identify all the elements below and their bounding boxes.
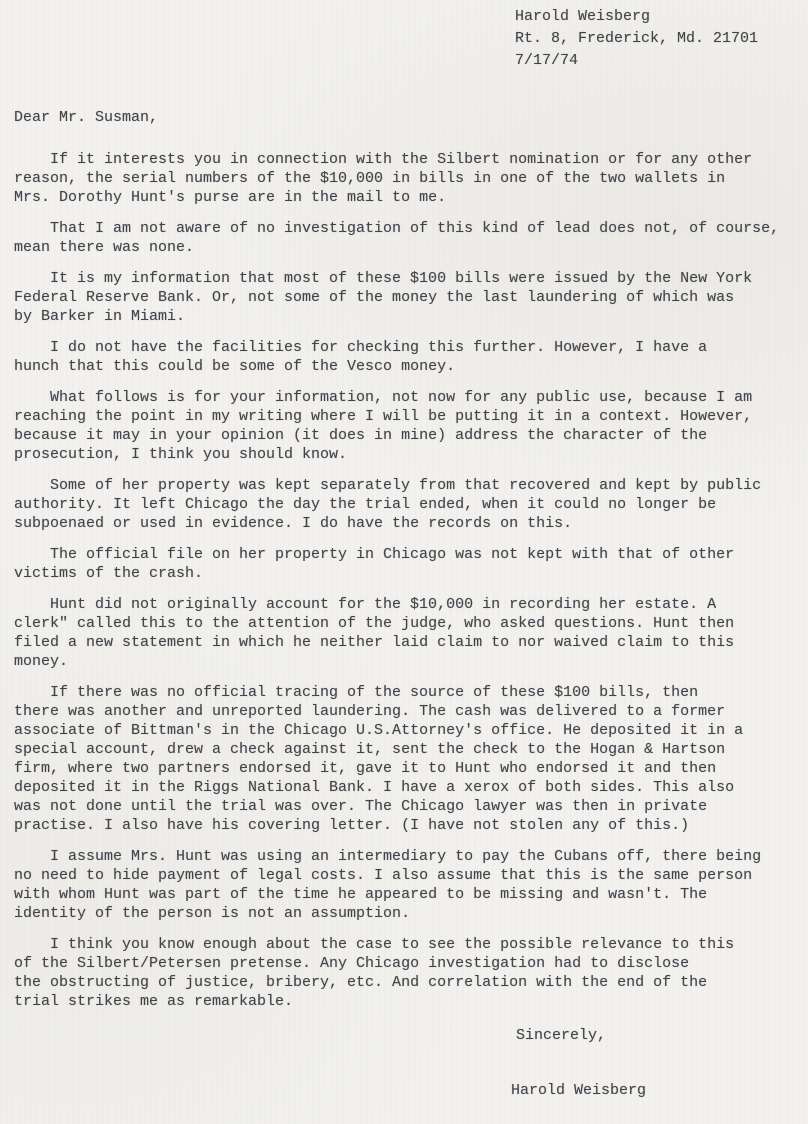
sender-name: Harold Weisberg bbox=[515, 6, 758, 28]
text-line: I think you know enough about the case t… bbox=[14, 935, 804, 954]
letter-date: 7/17/74 bbox=[515, 50, 758, 72]
text-line: with whom Hunt was part of the time he a… bbox=[14, 885, 804, 904]
paragraph: It is my information that most of these … bbox=[14, 269, 804, 326]
text-line: deposited it in the Riggs National Bank.… bbox=[14, 778, 804, 797]
paragraph: The official file on her property in Chi… bbox=[14, 545, 804, 583]
paragraph: Hunt did not originally account for the … bbox=[14, 595, 804, 671]
text-line: associate of Bittman's in the Chicago U.… bbox=[14, 721, 804, 740]
text-line: clerk" called this to the attention of t… bbox=[14, 614, 804, 633]
text-line: prosecution, I think you should know. bbox=[14, 445, 804, 464]
signature: Harold Weisberg bbox=[511, 1081, 646, 1100]
text-line: If there was no official tracing of the … bbox=[14, 683, 804, 702]
paragraph: I think you know enough about the case t… bbox=[14, 935, 804, 1011]
sender-address: Rt. 8, Frederick, Md. 21701 bbox=[515, 28, 758, 50]
text-line: was not done until the trial was over. T… bbox=[14, 797, 804, 816]
text-line: subpoenaed or used in evidence. I do hav… bbox=[14, 514, 804, 533]
paragraph: What follows is for your information, no… bbox=[14, 388, 804, 464]
text-line: there was another and unreported launder… bbox=[14, 702, 804, 721]
text-line: reaching the point in my writing where I… bbox=[14, 407, 804, 426]
text-line: Hunt did not originally account for the … bbox=[14, 595, 804, 614]
text-line: I assume Mrs. Hunt was using an intermed… bbox=[14, 847, 804, 866]
text-line: What follows is for your information, no… bbox=[14, 388, 804, 407]
valediction: Sincerely, bbox=[516, 1026, 606, 1045]
text-line: If it interests you in connection with t… bbox=[14, 150, 804, 169]
paragraph: That I am not aware of no investigation … bbox=[14, 219, 804, 257]
text-line: That I am not aware of no investigation … bbox=[14, 219, 804, 238]
text-line: It is my information that most of these … bbox=[14, 269, 804, 288]
text-line: hunch that this could be some of the Ves… bbox=[14, 357, 804, 376]
text-line: victims of the crash. bbox=[14, 564, 804, 583]
text-line: money. bbox=[14, 652, 804, 671]
text-line: special account, drew a check against it… bbox=[14, 740, 804, 759]
text-line: of the Silbert/Petersen pretense. Any Ch… bbox=[14, 954, 804, 973]
text-line: trial strikes me as remarkable. bbox=[14, 992, 804, 1011]
text-line: The official file on her property in Chi… bbox=[14, 545, 804, 564]
text-line: no need to hide payment of legal costs. … bbox=[14, 866, 804, 885]
paragraph: Some of her property was kept separately… bbox=[14, 476, 804, 533]
text-line: filed a new statement in which he neithe… bbox=[14, 633, 804, 652]
text-line: authority. It left Chicago the day the t… bbox=[14, 495, 804, 514]
text-line: by Barker in Miami. bbox=[14, 307, 804, 326]
letter-page: Harold Weisberg Rt. 8, Frederick, Md. 21… bbox=[0, 0, 808, 1124]
paragraph: If it interests you in connection with t… bbox=[14, 150, 804, 207]
text-line: Some of her property was kept separately… bbox=[14, 476, 804, 495]
letter-body: If it interests you in connection with t… bbox=[14, 150, 804, 1023]
salutation: Dear Mr. Susman, bbox=[14, 108, 158, 127]
text-line: the obstructing of justice, bribery, etc… bbox=[14, 973, 804, 992]
text-line: I do not have the facilities for checkin… bbox=[14, 338, 804, 357]
sender-address-block: Harold Weisberg Rt. 8, Frederick, Md. 21… bbox=[515, 6, 758, 72]
text-line: identity of the person is not an assumpt… bbox=[14, 904, 804, 923]
text-line: Federal Reserve Bank. Or, not some of th… bbox=[14, 288, 804, 307]
text-line: practise. I also have his covering lette… bbox=[14, 816, 804, 835]
text-line: because it may in your opinion (it does … bbox=[14, 426, 804, 445]
text-line: reason, the serial numbers of the $10,00… bbox=[14, 169, 804, 188]
paragraph: I assume Mrs. Hunt was using an intermed… bbox=[14, 847, 804, 923]
text-line: mean there was none. bbox=[14, 238, 804, 257]
paragraph: I do not have the facilities for checkin… bbox=[14, 338, 804, 376]
paragraph: If there was no official tracing of the … bbox=[14, 683, 804, 835]
text-line: Mrs. Dorothy Hunt's purse are in the mai… bbox=[14, 188, 804, 207]
text-line: firm, where two partners endorsed it, ga… bbox=[14, 759, 804, 778]
